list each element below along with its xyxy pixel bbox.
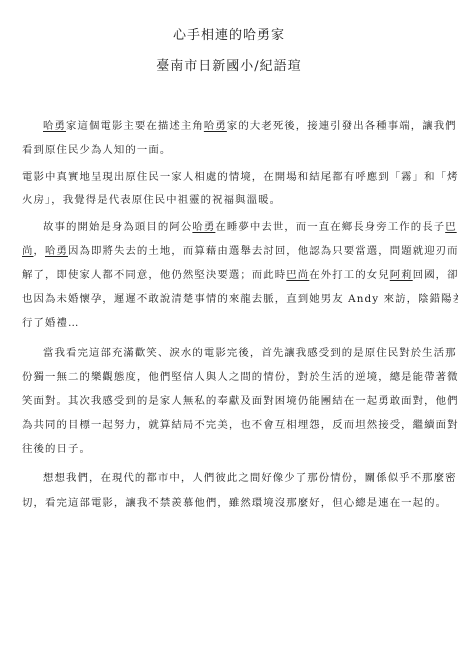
paragraph-3-line-3: 解了，即使家人都不同意，他仍然堅決要選；而此時巴尚在外打工的女兒阿莉回國，卻	[22, 268, 438, 282]
text-run: 解了，即使家人都不同意，他仍然堅決要選；而此時	[22, 269, 286, 281]
paragraph-2-line-1: 電影中真實地呈現出原住民一家人相處的情境，在開場和結尾都有呼應到「霧」和「烤	[22, 170, 438, 184]
paragraph-3-line-1: 故事的開始是身為頭目的阿公哈勇在睡夢中去世，而一直在鄉長身旁工作的長子巴	[43, 220, 438, 234]
underlined-name: 哈勇	[45, 245, 68, 257]
text-run: 笑面對。其次我感受到的是家人無私的奉獻及面對困境仍能團結在一起勇敢面對，他們	[22, 395, 458, 407]
text-run: 家的大老死後，接連引發出各種事端，讓我們	[227, 120, 457, 132]
underlined-name: 巴	[445, 221, 457, 233]
text-run: 切，看完這部電影，讓我不禁羨慕他們，雖然環境沒那麼好，但心總是連在一起的。	[22, 497, 447, 509]
text-run: 火房」，我覺得是代表原住民中祖靈的祝福與溫暖。	[22, 194, 281, 206]
underlined-name: 哈勇	[204, 120, 227, 132]
paragraph-3-line-2: 尚，哈勇因為即將失去的土地，而算藉由選舉去討回，他認為只要當選，問題就迎刃而	[22, 244, 438, 258]
paragraph-1-line-1: 哈勇家這個電影主要在描述主角哈勇家的大老死後，接連引發出各種事端，讓我們	[43, 119, 438, 133]
underlined-name: 阿莉	[390, 269, 413, 281]
paragraph-4-line-4: 為共同的目標一起努力，就算結局不完美，也不會互相埋怨，反而坦然接受，繼續面對	[22, 418, 438, 432]
underlined-name: 尚	[22, 245, 34, 257]
underlined-name: 哈勇	[192, 221, 215, 233]
text-run: ，	[34, 245, 46, 257]
document-author: 臺南市日新國小/紀語瑄	[0, 55, 458, 74]
paragraph-5-line-1: 想想我們，在現代的都市中，人們彼此之間好像少了那份情份，關係似乎不那麼密	[43, 471, 438, 485]
text-run: 也因為未婚懷孕，遲遲不敢說清楚事情的來龍去脈，直到她男友 Andy 來訪，陰錯陽…	[22, 293, 458, 305]
text-run: 看到原住民少為人知的一面。	[22, 144, 171, 156]
underlined-name: 哈勇	[43, 120, 66, 132]
underlined-name: 巴尚	[286, 269, 309, 281]
paragraph-4-line-1: 當我看完這部充滿歡笑、淚水的電影完後，首先讓我感受到的是原住民對於生活那	[43, 346, 438, 360]
paragraph-3-line-4: 也因為未婚懷孕，遲遲不敢說清楚事情的來龍去脈，直到她男友 Andy 來訪，陰錯陽…	[22, 292, 438, 306]
paragraph-4-line-3: 笑面對。其次我感受到的是家人無私的奉獻及面對困境仍能團結在一起勇敢面對，他們	[22, 394, 438, 408]
text-run: 在外打工的女兒	[309, 269, 389, 281]
paragraph-5-line-2: 切，看完這部電影，讓我不禁羨慕他們，雖然環境沒那麼好，但心總是連在一起的。	[22, 496, 438, 510]
text-run: 當我看完這部充滿歡笑、淚水的電影完後，首先讓我感受到的是原住民對於生活那	[43, 347, 457, 359]
text-run: 因為即將失去的土地，而算藉由選舉去討回，他認為只要當選，問題就迎刃而	[68, 245, 458, 257]
text-run: 回國，卻	[413, 269, 458, 281]
text-run: 行了婚禮…	[22, 317, 79, 329]
paragraph-4-line-5: 往後的日子。	[22, 442, 438, 456]
document-page: 心手相連的哈勇家 臺南市日新國小/紀語瑄 哈勇家這個電影主要在描述主角哈勇家的大…	[0, 0, 458, 648]
paragraph-2-line-2: 火房」，我覺得是代表原住民中祖靈的祝福與溫暖。	[22, 193, 438, 207]
text-run: 想想我們，在現代的都市中，人們彼此之間好像少了那份情份，關係似乎不那麼密	[43, 472, 457, 484]
text-run: 為共同的目標一起努力，就算結局不完美，也不會互相埋怨，反而坦然接受，繼續面對	[22, 419, 458, 431]
paragraph-4-line-2: 份獨一無二的樂觀態度，他們堅信人與人之間的情份，對於生活的逆境，總是能帶著微	[22, 370, 438, 384]
text-run: 電影中真實地呈現出原住民一家人相處的情境，在開場和結尾都有呼應到「霧」和「烤	[22, 171, 458, 183]
text-run: 家這個電影主要在描述主角	[66, 120, 204, 132]
text-run: 往後的日子。	[22, 443, 91, 455]
paragraph-3-line-5: 行了婚禮…	[22, 316, 438, 330]
text-run: 份獨一無二的樂觀態度，他們堅信人與人之間的情份，對於生活的逆境，總是能帶著微	[22, 371, 458, 383]
paragraph-1-line-2: 看到原住民少為人知的一面。	[22, 143, 438, 157]
text-run: 故事的開始是身為頭目的阿公	[43, 221, 192, 233]
text-run: 在睡夢中去世，而一直在鄉長身旁工作的長子	[215, 221, 445, 233]
document-title: 心手相連的哈勇家	[0, 24, 458, 43]
